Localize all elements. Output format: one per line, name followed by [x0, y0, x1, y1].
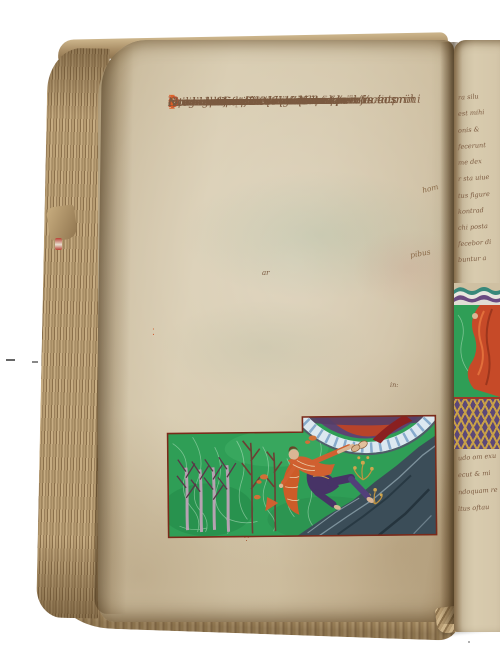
manuscript-photograph: Dicant nunc qui timent dnm ⁄ quoniam in … — [0, 0, 500, 669]
right-miniature-wave-band — [454, 283, 500, 305]
text-fragment: tus figure — [458, 190, 490, 200]
text-fragment: ltus oftau — [458, 503, 490, 513]
photo-speck — [468, 641, 470, 643]
text-fragment: ra silu — [458, 92, 479, 101]
text-fragment: onis & — [458, 125, 480, 134]
text-fragment: buntur a — [458, 254, 487, 264]
right-miniature-lattice-block — [454, 397, 500, 449]
text-fragment: ndoquam re — [458, 486, 498, 497]
right-page-sliver: ra silu est mihi onis & fecerunt me dex … — [454, 40, 500, 632]
psalm-line-text: & dns sus cepit me — [168, 95, 276, 109]
text-fragment: ecut & mi — [458, 469, 491, 479]
right-miniature-figure-fragment — [454, 305, 500, 397]
text-fragment: est mihi — [458, 108, 485, 118]
text-fragment: kontrad — [458, 206, 484, 216]
text-fragment: fecerunt — [458, 141, 486, 151]
interlinear-correction-in: in: — [390, 381, 398, 389]
photo-speck — [6, 359, 15, 361]
red-fleck — [55, 238, 62, 250]
text-fragment: chi posta — [458, 222, 488, 232]
interlinear-correction-ar: ar — [262, 269, 270, 277]
photo-speck — [32, 361, 38, 363]
miniature — [166, 415, 437, 539]
text-fragment: me dex — [458, 157, 482, 167]
text-fragment: r sta uiue — [458, 173, 490, 183]
show-through-blot — [160, 300, 370, 395]
text-fragment: udo om exu — [458, 452, 497, 463]
marginalia-dots: ⁚ — [152, 327, 155, 338]
below-miniature-mark: ∵ — [244, 535, 249, 544]
text-fragment: fecebor di — [458, 238, 492, 248]
